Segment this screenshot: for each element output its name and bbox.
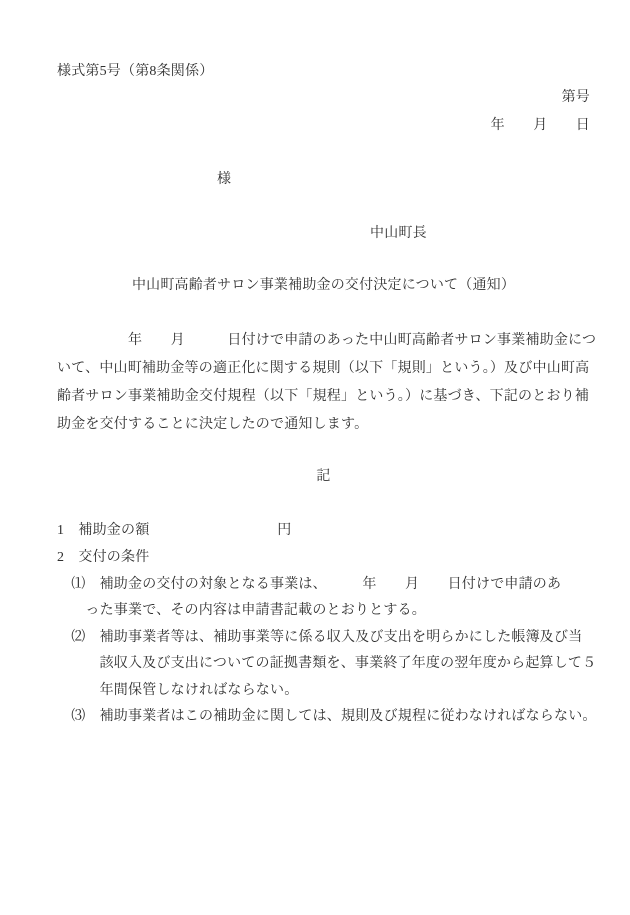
list-line-sub1-cont: った事業で、その内容は申請書記載のとおりとする。 (57, 601, 590, 621)
list-line-sub1: ⑴ 補助金の交付の対象となる事業は、 年 月 日付けで申請のあ (57, 575, 590, 595)
sender-name: 中山町長 (57, 224, 590, 244)
record-heading: 記 (57, 467, 590, 487)
document-title: 中山町高齢者サロン事業補助金の交付決定について（通知） (57, 276, 590, 296)
document-page: 様式第5号（第8条関係） 第号 年 月 日 様 中山町長 中山町高齢者サロン事業… (0, 0, 630, 915)
list-line-sub2: ⑵ 補助事業者等は、補助事業等に係る収入及び支出を明らかにした帳簿及び当 (57, 628, 590, 648)
list-line-sub2-cont2: 年間保管しなければならない。 (57, 681, 590, 701)
addressee-honorific: 様 (57, 170, 590, 190)
list-line-amount: 1 補助金の額 円 (57, 521, 590, 541)
date-line: 年 月 日 (57, 116, 590, 136)
body-line: 年 月 日付けで申請のあった中山町高齢者サロン事業補助金につ (57, 331, 590, 351)
list-line-sub2-cont: 該収入及び支出についての証拠書類を、事業終了年度の翌年度から起算して５ (57, 654, 590, 674)
list-line-sub3: ⑶ 補助事業者はこの補助金に関しては、規則及び規程に従わなければならない。 (57, 707, 590, 727)
form-number: 様式第5号（第8条関係） (57, 62, 590, 82)
body-line: 助金を交付することに決定したので通知します。 (57, 415, 590, 435)
body-line: 齢者サロン事業補助金交付規程（以下「規程」という。）に基づき、下記のとおり補 (57, 387, 590, 407)
list-line-conditions: 2 交付の条件 (57, 548, 590, 568)
document-number-line: 第号 (57, 88, 590, 108)
body-line: いて、中山町補助金等の適正化に関する規則（以下「規則」という。）及び中山町高 (57, 359, 590, 379)
